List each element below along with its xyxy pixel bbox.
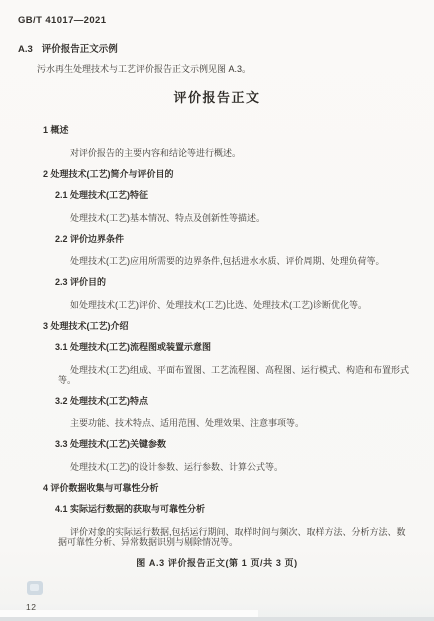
outline-heading-2: 2.1 处理技术(工艺)特征 [55,191,412,201]
section-label: A.3 [18,44,33,55]
outline-heading-2: 4.1 实际运行数据的获取与可靠性分析 [55,505,412,515]
watermark-icon [27,581,43,595]
doc-number: GB/T 41017—2021 [18,15,106,26]
figure-outline: 1 概述 对评价报告的主要内容和结论等进行概述。 2 处理技术(工艺)简介与评价… [18,126,412,559]
scan-edge-highlight [0,610,258,617]
document-page: GB/T 41017—2021 A.3评价报告正文示例 污水再生处理技术与工艺评… [0,0,434,621]
scan-edge [0,617,434,621]
outline-heading-2: 3.3 处理技术(工艺)关键参数 [55,440,412,450]
outline-paragraph: 如处理技术(工艺)评价、处理技术(工艺)比选、处理技术(工艺)诊断优化等。 [58,300,412,310]
outline-heading-2: 2.3 评价目的 [55,278,412,288]
figure-caption: 图 A.3 评价报告正文(第 1 页/共 3 页) [0,556,434,569]
section-heading: A.3评价报告正文示例 [18,41,118,55]
outline-paragraph: 处理技术(工艺)组成、平面布置图、工艺流程图、高程图、运行模式、构造和布置形式等… [58,365,412,385]
outline-heading-1: 3 处理技术(工艺)介绍 [43,322,412,332]
intro-paragraph: 污水再生处理技术与工艺评价报告正文示例见图 A.3。 [37,64,414,74]
outline-heading-2: 3.1 处理技术(工艺)流程图或装置示意图 [55,343,412,353]
outline-heading-2: 3.2 处理技术(工艺)特点 [55,397,412,407]
section-title: 评价报告正文示例 [42,44,118,55]
outline-paragraph: 对评价报告的主要内容和结论等进行概述。 [58,148,412,158]
outline-paragraph: 评价对象的实际运行数据,包括运行期间、取样时间与频次、取样方法、分析方法、数据可… [58,527,412,547]
outline-paragraph: 处理技术(工艺)基本情况、特点及创新性等描述。 [58,213,412,223]
outline-heading-1: 2 处理技术(工艺)简介与评价目的 [43,170,412,180]
outline-heading-2: 2.2 评价边界条件 [55,235,412,245]
figure-title: 评价报告正文 [0,87,434,106]
outline-paragraph: 主要功能、技术特点、适用范围、处理效果、注意事项等。 [58,418,412,428]
outline-paragraph: 处理技术(工艺)应用所需要的边界条件,包括进水水质、评价周期、处理负荷等。 [58,256,412,266]
outline-heading-1: 4 评价数据收集与可靠性分析 [43,484,412,494]
outline-heading-1: 1 概述 [43,126,412,136]
outline-paragraph: 处理技术(工艺)的设计参数、运行参数、计算公式等。 [58,462,412,472]
